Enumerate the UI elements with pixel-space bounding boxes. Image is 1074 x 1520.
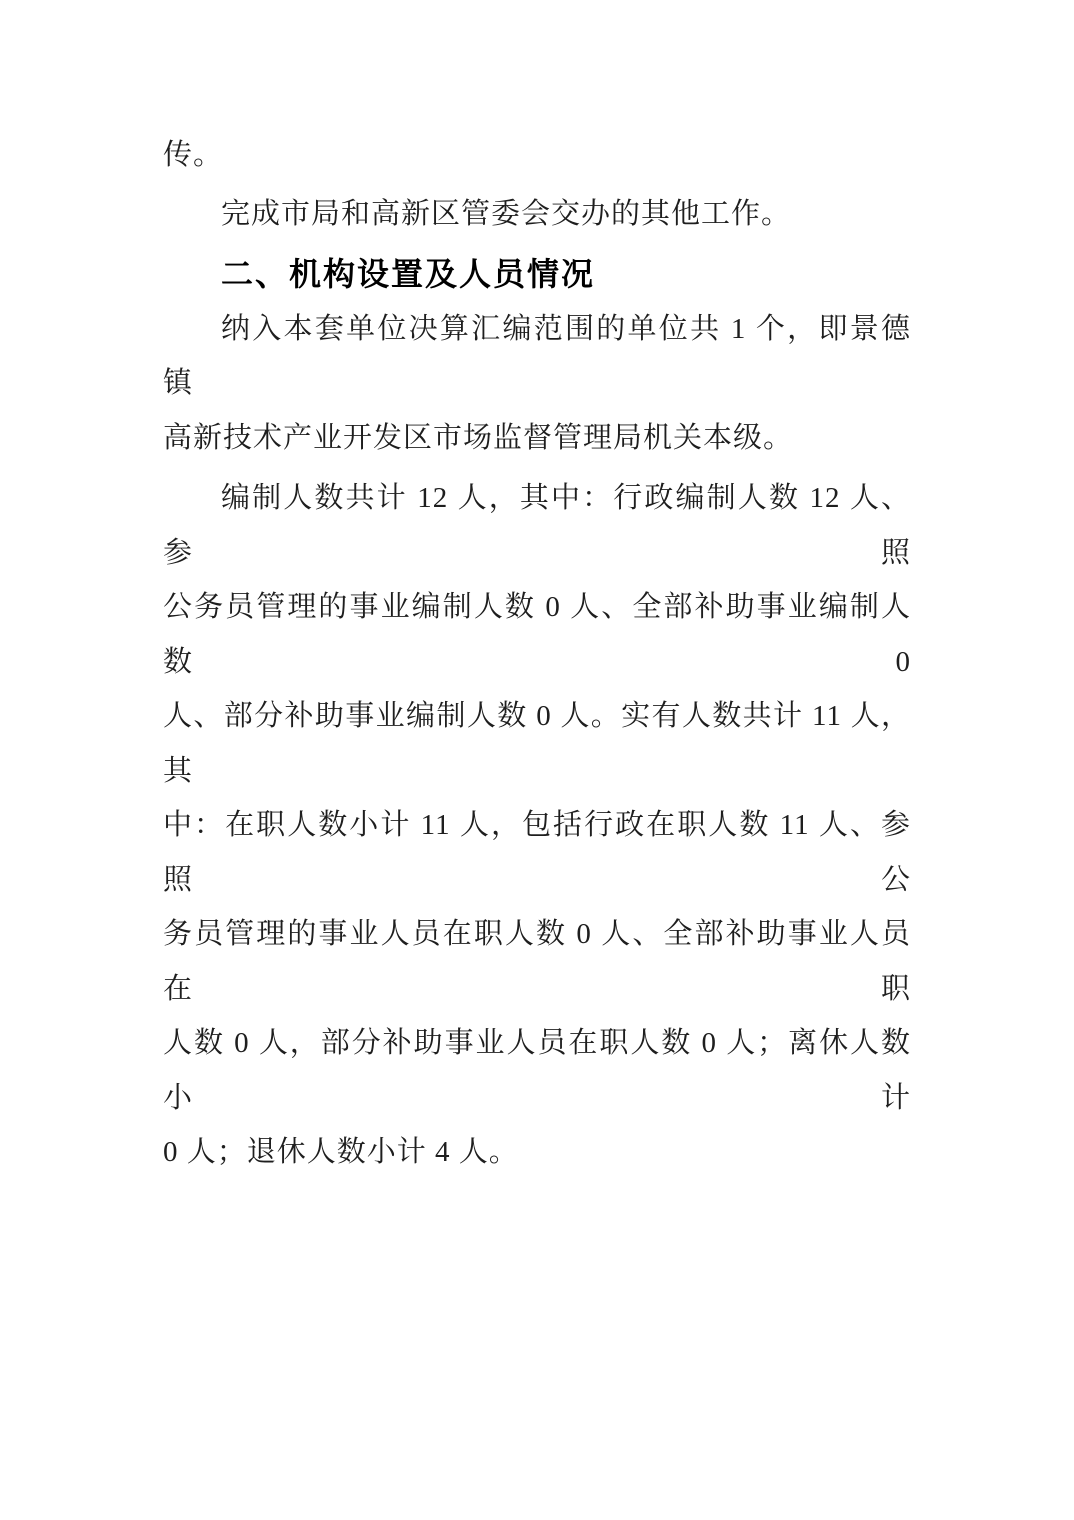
- paragraph-scope: 纳入本套单位决算汇编范围的单位共 1 个，即景德镇 高新技术产业开发区市场监督管…: [163, 302, 911, 466]
- document-body: 传。 完成市局和高新区管委会交办的其他工作。 二、机构设置及人员情况 纳入本套单…: [163, 128, 911, 1180]
- text-line: 人、部分补助事业编制人数 0 人。实有人数共计 11 人，其: [163, 689, 911, 798]
- document-page: 传。 完成市局和高新区管委会交办的其他工作。 二、机构设置及人员情况 纳入本套单…: [0, 0, 1074, 1520]
- text-line: 公务员管理的事业编制人数 0 人、全部补助事业编制人数 0: [163, 580, 911, 689]
- text-line: 高新技术产业开发区市场监督管理局机关本级。: [163, 411, 911, 466]
- paragraph-other-work: 完成市局和高新区管委会交办的其他工作。: [163, 187, 911, 242]
- text-line: 务员管理的事业人员在职人数 0 人、全部补助事业人员在职: [163, 907, 911, 1016]
- text-line: 0 人；退休人数小计 4 人。: [163, 1125, 911, 1180]
- text-line: 纳入本套单位决算汇编范围的单位共 1 个，即景德镇: [163, 302, 911, 411]
- text-line: 中：在职人数小计 11 人，包括行政在职人数 11 人、参照公: [163, 798, 911, 907]
- text-line: 人数 0 人，部分补助事业人员在职人数 0 人；离休人数小计: [163, 1016, 911, 1125]
- text-line: 编制人数共计 12 人，其中：行政编制人数 12 人、参照: [163, 471, 911, 580]
- paragraph-staffing: 编制人数共计 12 人，其中：行政编制人数 12 人、参照 公务员管理的事业编制…: [163, 471, 911, 1180]
- paragraph-continuation-line: 传。: [163, 128, 911, 183]
- section-heading: 二、机构设置及人员情况: [163, 247, 911, 302]
